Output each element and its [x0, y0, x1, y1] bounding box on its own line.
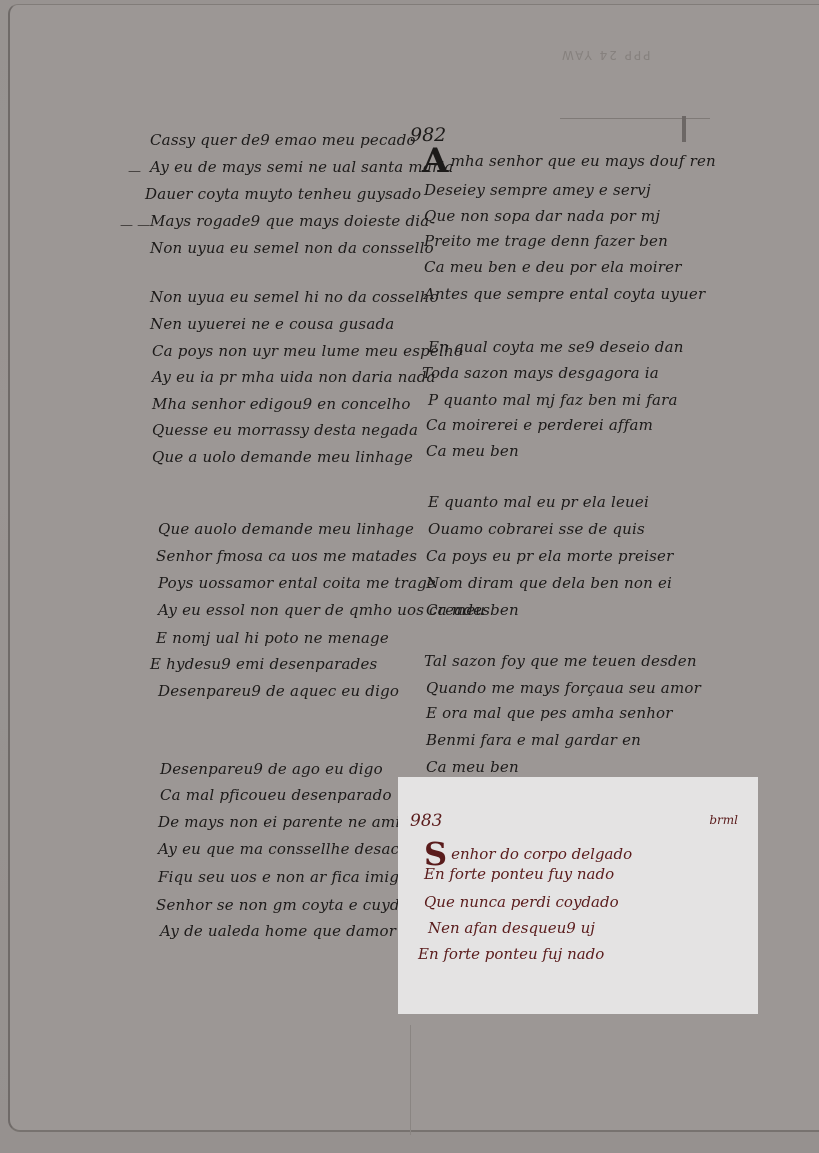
- verse-line: Quesse eu morrassy desta negada: [152, 421, 418, 439]
- verse-line: Que nunca perdi coydado: [424, 893, 619, 911]
- margin-dash-mark: — —: [120, 218, 150, 233]
- verse-line: Ay eu ia pr mha uida non daria nada: [152, 368, 436, 386]
- verse-line: Fiqu seu uos e non ar fica imigo: [158, 868, 408, 886]
- verse-line: Desenpareu9 de ago eu digo: [160, 760, 383, 778]
- margin-note: brml: [709, 813, 738, 827]
- verse-line: Desenpareu9 de aquec eu digo: [158, 682, 399, 700]
- verse-line: Nom diram que dela ben non ei: [426, 574, 672, 592]
- verse-line: Mha senhor edigou9 en concelho: [152, 395, 411, 413]
- verse-line: E nomj ual hi poto ne menage: [156, 629, 389, 647]
- verse-line: Preito me trage denn fazer ben: [424, 232, 668, 250]
- verse-line: Poys uossamor ental coita me trage: [158, 574, 436, 592]
- verse-text: enhor do corpo delgado: [451, 845, 632, 863]
- verse-line: En forte ponteu fuj nado: [418, 945, 604, 963]
- verse-line: Ca poys eu pr ela morte preiser: [426, 547, 673, 565]
- highlighted-region: 983 brml Senhor do corpo delgado En fort…: [398, 777, 758, 1014]
- poem-number: 983: [410, 811, 442, 831]
- verse-line: Nen uyuerei ne e cousa gusada: [150, 315, 394, 333]
- verse-line: Ca mal pficoueu desenparado: [160, 786, 392, 804]
- verse-line: Tal sazon foy que me teuen desden: [424, 652, 697, 670]
- verse-line: Ouamo cobrarei sse de quis: [428, 520, 645, 538]
- verse-line: Ca meu ben: [426, 758, 519, 776]
- verse-line: Amha senhor que eu mays douf ren: [422, 144, 716, 178]
- verse-line: Ca meu ben: [426, 442, 519, 460]
- verse-line: E quanto mal eu pr ela leuei: [428, 493, 649, 511]
- ruling-mark: [682, 116, 686, 142]
- verse-line: Nen afan desqueu9 uj: [428, 919, 595, 937]
- page-fold-line: [410, 1025, 411, 1135]
- margin-dash-mark: —: [128, 164, 141, 179]
- verse-line: Que a uolo demande meu linhage: [152, 448, 413, 466]
- verse-line: Non uyua eu semel hi no da cosselho: [150, 288, 439, 306]
- verse-line: Quando me mays forçaua seu amor: [426, 679, 701, 697]
- verse-line: Dauer coyta muyto tenheu guysado: [145, 185, 421, 203]
- verse-line: Mays rogade9 que mays doieste dia: [150, 212, 429, 230]
- verse-line: Cassy quer de9 emao meu pecado: [150, 131, 416, 149]
- decorated-initial: A: [422, 141, 449, 181]
- pencil-annotation: PPP 24 YAW: [560, 48, 650, 62]
- verse-line: Non uyua eu semel non da conssello: [150, 239, 434, 257]
- verse-line: Senhor fmosa ca uos me matades: [156, 547, 417, 565]
- verse-line: Antes que sempre ental coyta uyuer: [424, 285, 705, 303]
- verse-line: E ora mal que pes amha senhor: [426, 704, 673, 722]
- verse-line: Ca poys non uyr meu lume meu espelho: [152, 342, 463, 360]
- verse-line: Que non sopa dar nada por mj: [424, 207, 660, 225]
- verse-line: En forte ponteu fuy nado: [424, 865, 614, 883]
- verse-line: Senhor se non gm coyta e cuydado: [156, 896, 428, 914]
- verse-line: Deseiey sempre amey e servj: [424, 181, 651, 199]
- verse-line: Ay eu de mays semi ne ual santa maria: [150, 158, 453, 176]
- verse-line: Ca moirerei e perderei affam: [426, 416, 653, 434]
- verse-line: P quanto mal mj faz ben mi fara: [428, 391, 678, 409]
- verse-line: Ca meu ben: [426, 601, 519, 619]
- verse-line: Que auolo demande meu linhage: [158, 520, 414, 538]
- verse-line: Ca meu ben e deu por ela moirer: [424, 258, 682, 276]
- verse-text: mha senhor que eu mays douf ren: [451, 152, 716, 170]
- verse-line: De mays non ei parente ne amigo: [158, 813, 419, 831]
- verse-line: En qual coyta me se9 deseio dan: [428, 338, 684, 356]
- verse-line: Benmi fara e mal gardar en: [426, 731, 641, 749]
- ruling-line: [560, 118, 710, 119]
- verse-line: Toda sazon mays desgagora ia: [422, 364, 659, 382]
- verse-line: E hydesu9 emi desenparades: [150, 655, 377, 673]
